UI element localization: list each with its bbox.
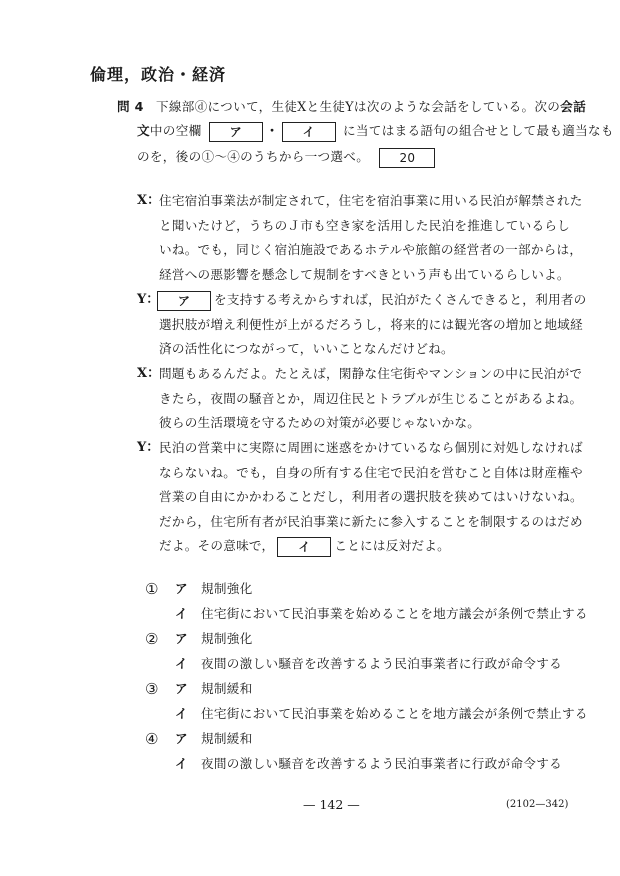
option-label: ア [175,628,188,650]
dialogue-line: 経営への悪影響を懸念して規制をすべきという声も出ているらしいよ。 [159,263,567,288]
dialogue-line: 住宅宿泊事業法が制定されて，住宅を宿泊事業に用いる民泊が解禁された [159,189,567,214]
option-text: 規制緩和 [201,678,253,700]
blank-box-i: イ [277,537,331,557]
question-text-3: のを，後の①～④のうちから一つ選べ。 [137,149,369,164]
separator: ・ [266,123,279,138]
dialogue-line: 済の活性化につながって，いいことなんだけどね。 [159,337,567,362]
dialogue-line: いね。でも，同じく宿泊施設であるホテルや旅館の経営者の一部からは， [159,238,567,263]
option-text: 住宅街において民泊事業を始めることを地方議会が条例で禁止する [201,603,588,625]
option-text: 規制緩和 [201,728,253,750]
option-text: 規制強化 [201,628,253,650]
speaker-label: X： [137,362,160,387]
dialogue-line: 営業の自由にかかわることだし，利用者の選択肢を狭めてはいけないね。 [159,485,567,510]
dialogue-y-2: Y： 民泊の営業中に実際に周囲に迷惑をかけているなら個別に対処しなければ ならな… [137,436,567,559]
page-number: — 142 — [303,797,360,812]
option-number: ④ [145,728,161,750]
question-line-3: のを，後の①～④のうちから一つ選べ。 20 [137,146,438,168]
question-text-1: 下線部ⓓについて，生徒Xと生徒Yは次のような会話をしている。次の [156,99,560,114]
option-text: 住宅街において民泊事業を始めることを地方議会が条例で禁止する [201,703,588,725]
dialogue-line: 問題もあるんだよ。たとえば，閑静な住宅街やマンションの中に民泊がで [159,362,567,387]
option-label: イ [175,703,188,725]
question-number: 問 4 [117,99,144,114]
dialogue-text: を支持する考えからすれば，民泊がたくさんできると，利用者の [214,292,586,307]
question-text-1-bold: 会話 [560,99,586,114]
dialogue-y-1: Y： アを支持する考えからすれば，民泊がたくさんできると，利用者の 選択肢が増え… [137,288,567,362]
dialogue-line: 選択肢が増え利便性が上がるだろうし，将来的には観光客の増加と地域経 [159,313,567,338]
question-line-2: 文中の空欄 ア・イ に当てはまる語句の組合せとして最も適当なも [137,120,614,142]
speaker-label: X： [137,189,160,214]
blank-box-a: ア [157,291,211,311]
option-number: ③ [145,678,161,700]
dialogue-line: だから，住宅所有者が民泊事業に新たに参入することを制限するのはだめ [159,510,567,535]
dialogue-line: 彼らの生活環境を守るための対策が必要じゃないかな。 [159,411,567,436]
option-label: イ [175,753,188,775]
question-text-2a: 文 [137,123,150,138]
option-number: ② [145,628,161,650]
option-label: ア [175,728,188,750]
blank-box-i: イ [282,122,336,142]
speaker-label: Y： [137,436,159,461]
dialogue-line: だよ。その意味で，イことには反対だよ。 [159,534,567,559]
option-number: ① [145,578,161,600]
speaker-label: Y： [137,288,159,313]
dialogue-x-2: X： 問題もあるんだよ。たとえば，閑静な住宅街やマンションの中に民泊がで きたら… [137,362,567,436]
exam-page: 倫理，政治・経済 問 4 下線部ⓓについて，生徒Xと生徒Yは次のような会話をして… [0,0,620,876]
option-label: ア [175,678,188,700]
dialogue-line: 民泊の営業中に実際に周囲に迷惑をかけているなら個別に対処しなければ [159,436,567,461]
dialogue-line: と聞いたけど，うちのＪ市も空き家を活用した民泊を推進しているらし [159,214,567,239]
section-title: 倫理，政治・経済 [90,62,226,85]
dialogue-line: アを支持する考えからすれば，民泊がたくさんできると，利用者の [159,288,567,313]
option-label: ア [175,578,188,600]
option-text: 夜間の激しい騒音を改善するよう民泊事業者に行政が命令する [201,753,562,775]
dialogue-text: ことには反対だよ。 [334,538,450,553]
answer-number-box: 20 [379,148,435,168]
question-text-2c: に当てはまる語句の組合せとして最も適当なも [343,123,614,138]
option-label: イ [175,603,188,625]
exam-code: (2102—342) [506,799,568,810]
option-label: イ [175,653,188,675]
option-text: 夜間の激しい騒音を改善するよう民泊事業者に行政が命令する [201,653,562,675]
dialogue-line: ならないね。でも，自身の所有する住宅で民泊を営むこと自体は財産権や [159,461,567,486]
option-text: 規制強化 [201,578,253,600]
dialogue-line: きたら，夜間の騒音とか，周辺住民とトラブルが生じることがあるよね。 [159,387,567,412]
question-line-1: 問 4 下線部ⓓについて，生徒Xと生徒Yは次のような会話をしている。次の会話 [117,96,586,115]
dialogue-text: だよ。その意味で， [159,538,274,553]
dialogue-x-1: X： 住宅宿泊事業法が制定されて，住宅を宿泊事業に用いる民泊が解禁された と聞い… [137,189,567,287]
blank-box-a: ア [209,122,263,142]
question-text-2b: 中の空欄 [150,123,202,138]
